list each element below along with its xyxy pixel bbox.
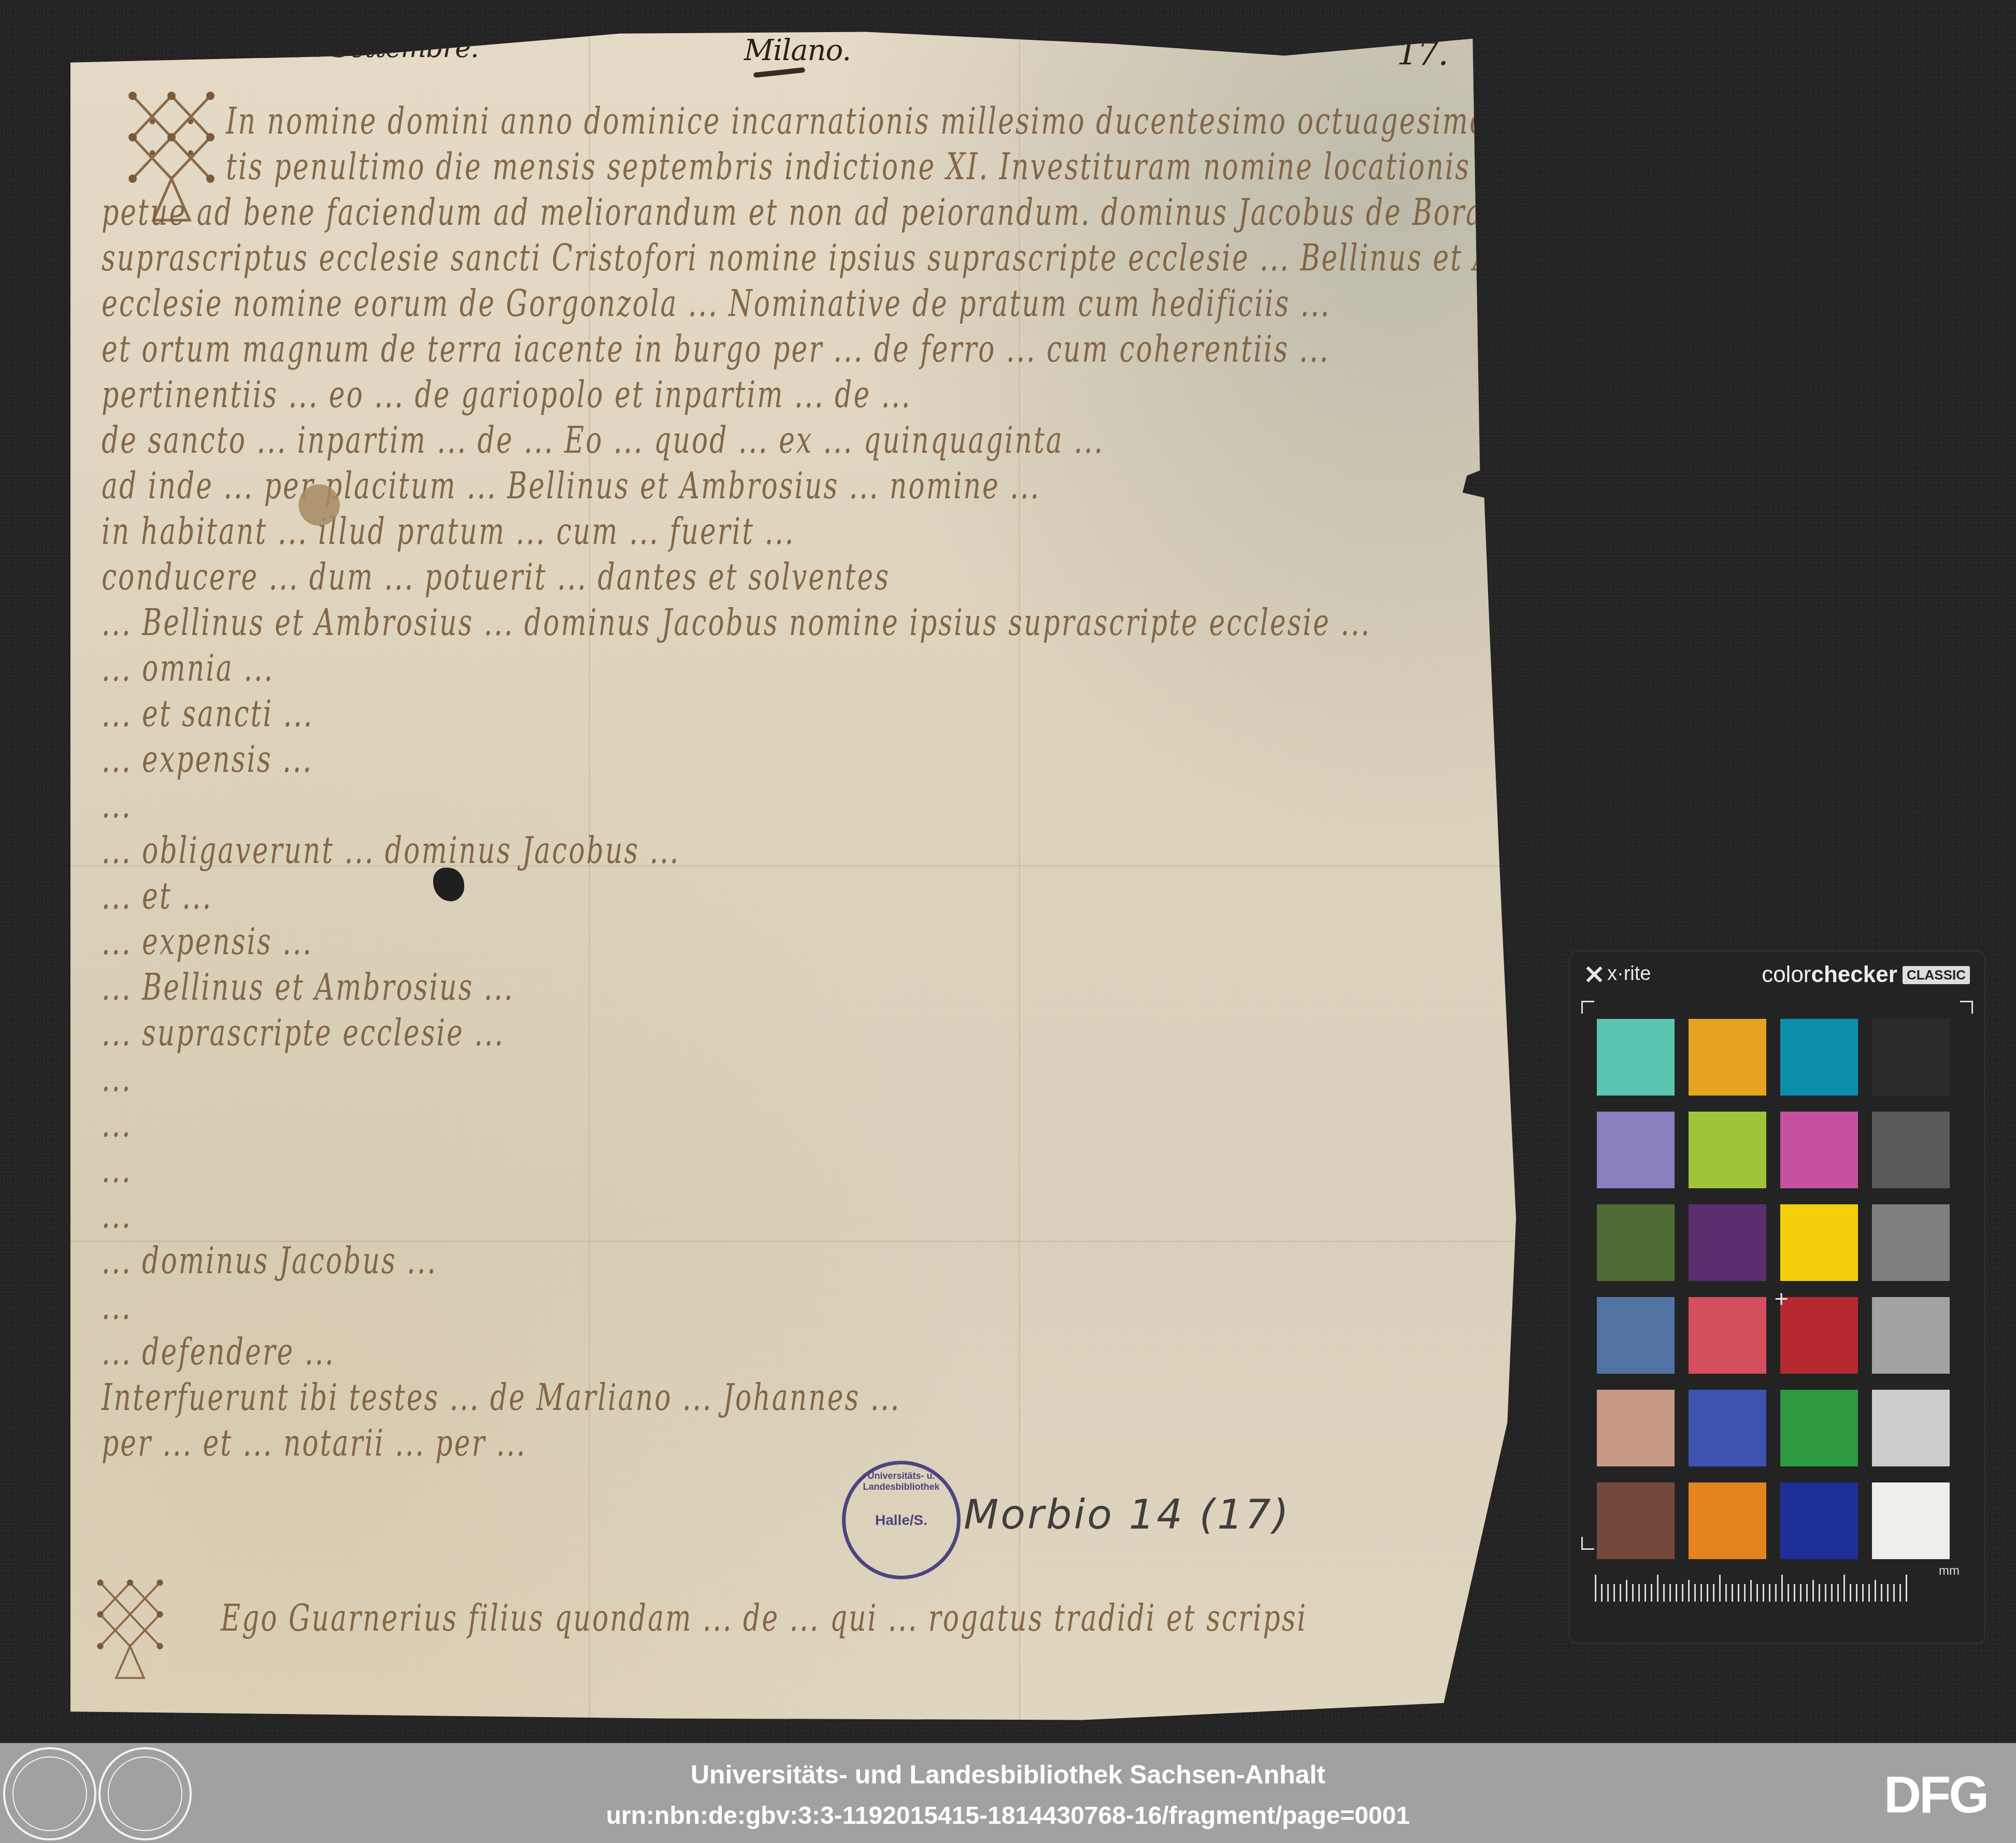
color-patch [1872, 1112, 1950, 1188]
ruler-tick [1595, 1575, 1596, 1602]
ruler-tick [1819, 1584, 1820, 1602]
notary-sign-icon [91, 1575, 169, 1694]
ruler-tick [1638, 1584, 1640, 1602]
ruler-tick [1750, 1580, 1752, 1602]
ruler-tick [1881, 1584, 1882, 1602]
ruler-tick [1669, 1584, 1671, 1602]
ruler-tick [1682, 1584, 1683, 1602]
xrite-logo: x·rite [1585, 963, 1651, 985]
color-patch [1780, 1390, 1858, 1466]
ruler-tick [1694, 1584, 1696, 1602]
manuscript-line: ... et ... [102, 876, 212, 918]
ruler-tick [1769, 1584, 1770, 1602]
manuscript-line: ... expensis ... [102, 739, 313, 781]
color-checker-card: x·rite colorchecker CLASSIC + mm [1569, 951, 1985, 1644]
ruler-tick [1645, 1584, 1646, 1602]
ruler-tick [1812, 1580, 1814, 1602]
manuscript-line: ... dominus Jacobus ... [102, 1241, 437, 1283]
manuscript-line: per ... et ... notarii ... per ... [102, 1423, 526, 1465]
ruler-tick [1875, 1580, 1876, 1602]
ruler-tick [1744, 1584, 1746, 1602]
manuscript-line: ... Bellinus et Ambrosius ... [102, 967, 514, 1009]
ruler-tick [1887, 1584, 1889, 1602]
manuscript-line: conducere ... dum ... potuerit ... dante… [102, 557, 890, 599]
color-patch [1689, 1204, 1766, 1281]
color-patch [1780, 1482, 1858, 1559]
manuscript-line: de sancto ... inpartim ... de ... Eo ...… [102, 420, 1104, 462]
manuscript-line: ... [102, 1058, 132, 1100]
notary-subscription: Ego Guarnerius filius quondam ... de ...… [221, 1598, 1307, 1640]
registration-corner [1581, 1537, 1594, 1550]
color-patch [1780, 1112, 1858, 1188]
manuscript-line: in habitant ... illud pratum ... cum ...… [102, 511, 795, 553]
product-name-bold: checker [1811, 962, 1897, 987]
ruler-tick [1707, 1584, 1708, 1602]
ruler-tick [1601, 1584, 1603, 1602]
ruler-tick [1899, 1584, 1901, 1602]
ruler-tick [1713, 1584, 1714, 1602]
institution-name: Universitäts- und Landesbibliothek Sachs… [0, 1760, 2016, 1790]
ruler-tick [1775, 1584, 1777, 1602]
manuscript-line: ... defendere ... [102, 1332, 335, 1374]
ruler-tick [1856, 1584, 1857, 1602]
ruler-tick [1607, 1584, 1609, 1602]
color-patch [1872, 1204, 1950, 1281]
ruler-tick [1626, 1580, 1627, 1602]
ruler-tick [1732, 1584, 1733, 1602]
manuscript-line: pertinentiis ... eo ... de gariopolo et … [102, 375, 911, 416]
xrite-brand: x·rite [1607, 963, 1651, 985]
manuscript-line: petue ad bene faciendum ad meliorandum e… [102, 192, 1558, 234]
manuscript-line: ... Bellinus et Ambrosius ... dominus Ja… [102, 602, 1371, 644]
color-patch [1597, 1482, 1675, 1559]
place-annotation: Milano. [744, 34, 851, 67]
ruler-tick [1831, 1584, 1833, 1602]
manuscript-line: ... [102, 1149, 132, 1191]
manuscript-line: ... [102, 1104, 132, 1146]
ruler-tick [1738, 1584, 1739, 1602]
manuscript-line: ad inde ... per placitum ... Bellinus et… [102, 466, 1040, 508]
manuscript-line: et ortum magnum de terra iacente in burg… [102, 329, 1329, 371]
color-patch [1780, 1297, 1858, 1374]
color-patch [1872, 1482, 1950, 1559]
color-patch [1689, 1482, 1766, 1559]
ruler-tick [1825, 1584, 1826, 1602]
shelfmark: Morbio 14 (17) [964, 1492, 1291, 1538]
color-patch [1597, 1112, 1675, 1188]
ruler-tick [1800, 1584, 1801, 1602]
ruler-tick [1756, 1584, 1758, 1602]
ruler-tick [1843, 1575, 1845, 1602]
color-patch [1689, 1019, 1766, 1096]
dfg-logo: DFG [1884, 1769, 1987, 1821]
color-patch [1872, 1297, 1950, 1374]
manuscript-line: tis penultimo die mensis septembris indi… [226, 147, 1542, 189]
product-name-light: color [1762, 962, 1811, 987]
ruler-tick [1794, 1584, 1795, 1602]
registration-corner [1581, 1001, 1594, 1014]
ruler-tick [1688, 1580, 1690, 1602]
ruler-tick [1663, 1584, 1665, 1602]
mm-ruler [1595, 1571, 1937, 1602]
color-patch [1872, 1019, 1950, 1096]
ruler-tick [1850, 1584, 1851, 1602]
ruler-tick [1868, 1584, 1870, 1602]
manuscript-line: ... [102, 1195, 132, 1237]
ruler-tick [1700, 1584, 1702, 1602]
parchment-hole [433, 868, 464, 901]
place-underline [753, 67, 805, 78]
registration-corner [1960, 1001, 1973, 1014]
color-patch [1689, 1297, 1766, 1374]
color-patch [1872, 1390, 1950, 1466]
color-patch [1780, 1019, 1858, 1096]
ruler-tick [1651, 1584, 1652, 1602]
ruler-tick [1719, 1575, 1721, 1602]
edition-badge: CLASSIC [1903, 966, 1970, 984]
ruler-tick [1725, 1584, 1727, 1602]
color-patch [1597, 1204, 1675, 1281]
ruler-tick [1788, 1584, 1789, 1602]
ruler-tick [1676, 1584, 1677, 1602]
ruler-tick [1657, 1575, 1658, 1602]
library-footer-banner: Universitäts- und Landesbibliothek Sachs… [0, 1743, 2016, 1843]
color-patch [1780, 1204, 1858, 1281]
manuscript-line: Interfuerunt ibi testes ... de Marliano … [102, 1377, 900, 1419]
colorchecker-logo: colorchecker CLASSIC [1762, 962, 1970, 988]
ruler-tick [1806, 1584, 1808, 1602]
manuscript-line: ... [102, 785, 132, 827]
color-patch [1597, 1297, 1675, 1374]
ruler-tick [1837, 1584, 1839, 1602]
manuscript-line: ... [102, 1286, 132, 1328]
crosshair-icon: + [1774, 1288, 1789, 1309]
urn-identifier: urn:nbn:de:gbv:3:3-1192015415-1814430768… [0, 1802, 2016, 1830]
ruler-tick [1781, 1575, 1783, 1602]
stamp-ring-text: Universitäts- u. Landesbibliothek [852, 1471, 951, 1570]
manuscript-line: ... obligaverunt ... dominus Jacobus ... [102, 830, 680, 872]
ruler-tick [1632, 1584, 1634, 1602]
manuscript-line: ecclesie nomine eorum de Gorgonzola ... … [102, 283, 1331, 325]
ruler-tick [1862, 1584, 1864, 1602]
library-stamp: Universitäts- u. Landesbibliothek Halle/… [842, 1461, 961, 1579]
manuscript-line: ... et sancti ... [102, 694, 313, 736]
manuscript-line: ... suprascripte ecclesie ... [102, 1013, 505, 1055]
ink-stain [298, 484, 340, 526]
ruler-tick [1620, 1584, 1621, 1602]
xrite-x-icon [1585, 966, 1603, 983]
ruler-tick [1893, 1584, 1895, 1602]
manuscript-parchment: 1282 Settembre. Milano. 17. In nomine do… [70, 28, 1516, 1729]
color-patch [1689, 1390, 1766, 1466]
ruler-tick [1763, 1584, 1764, 1602]
color-patch [1689, 1112, 1766, 1188]
color-patch [1597, 1019, 1675, 1096]
ruler-tick [1613, 1584, 1615, 1602]
manuscript-line: ... expensis ... [102, 921, 313, 963]
color-patch [1597, 1390, 1675, 1466]
ruler-tick [1906, 1575, 1907, 1602]
ruler-unit: mm [1939, 1564, 1960, 1578]
manuscript-line: ... omnia ... [102, 648, 274, 690]
